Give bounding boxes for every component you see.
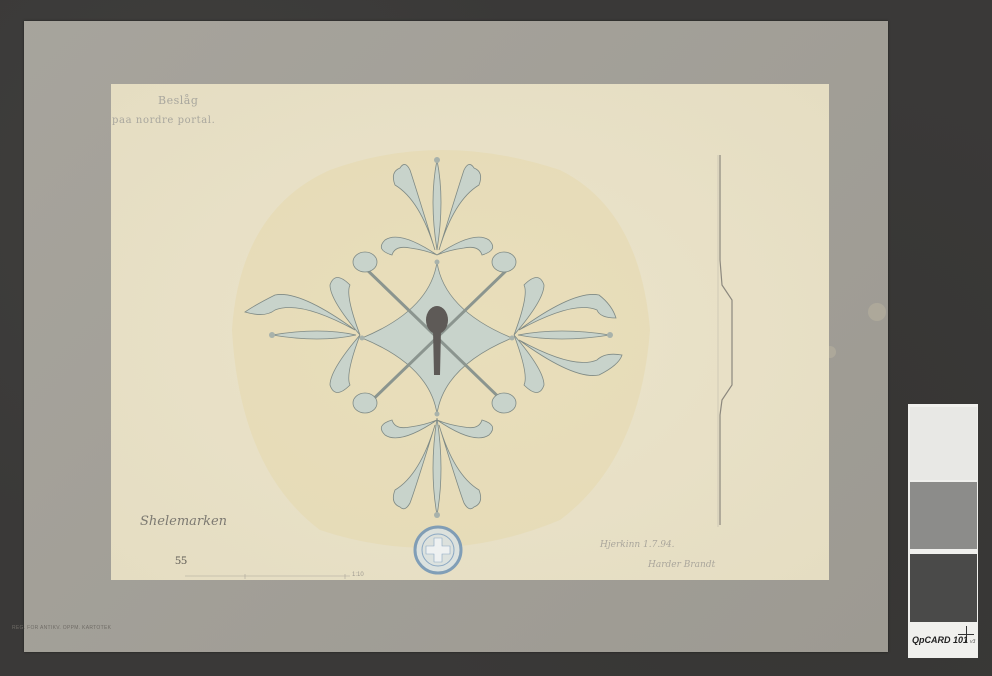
color-reference-card: QpCARD 101v3: [908, 404, 978, 658]
drawing-subtitle: paa nordre portal.: [112, 115, 215, 126]
sheet-number: 55: [175, 553, 187, 568]
patch-white: [910, 407, 977, 480]
patch-dark: [910, 554, 977, 622]
card-brand: QpCARD 101v3: [912, 635, 975, 645]
patch-gray: [910, 482, 977, 549]
location-inscription: Shelemarken: [140, 514, 227, 529]
signature-date: Hjerkinn 1.7.94.: [600, 540, 675, 550]
signature-name: Harder Brandt: [648, 560, 715, 570]
archive-stamp: [0, 0, 992, 676]
drawing-title: Beslåg: [158, 94, 198, 107]
